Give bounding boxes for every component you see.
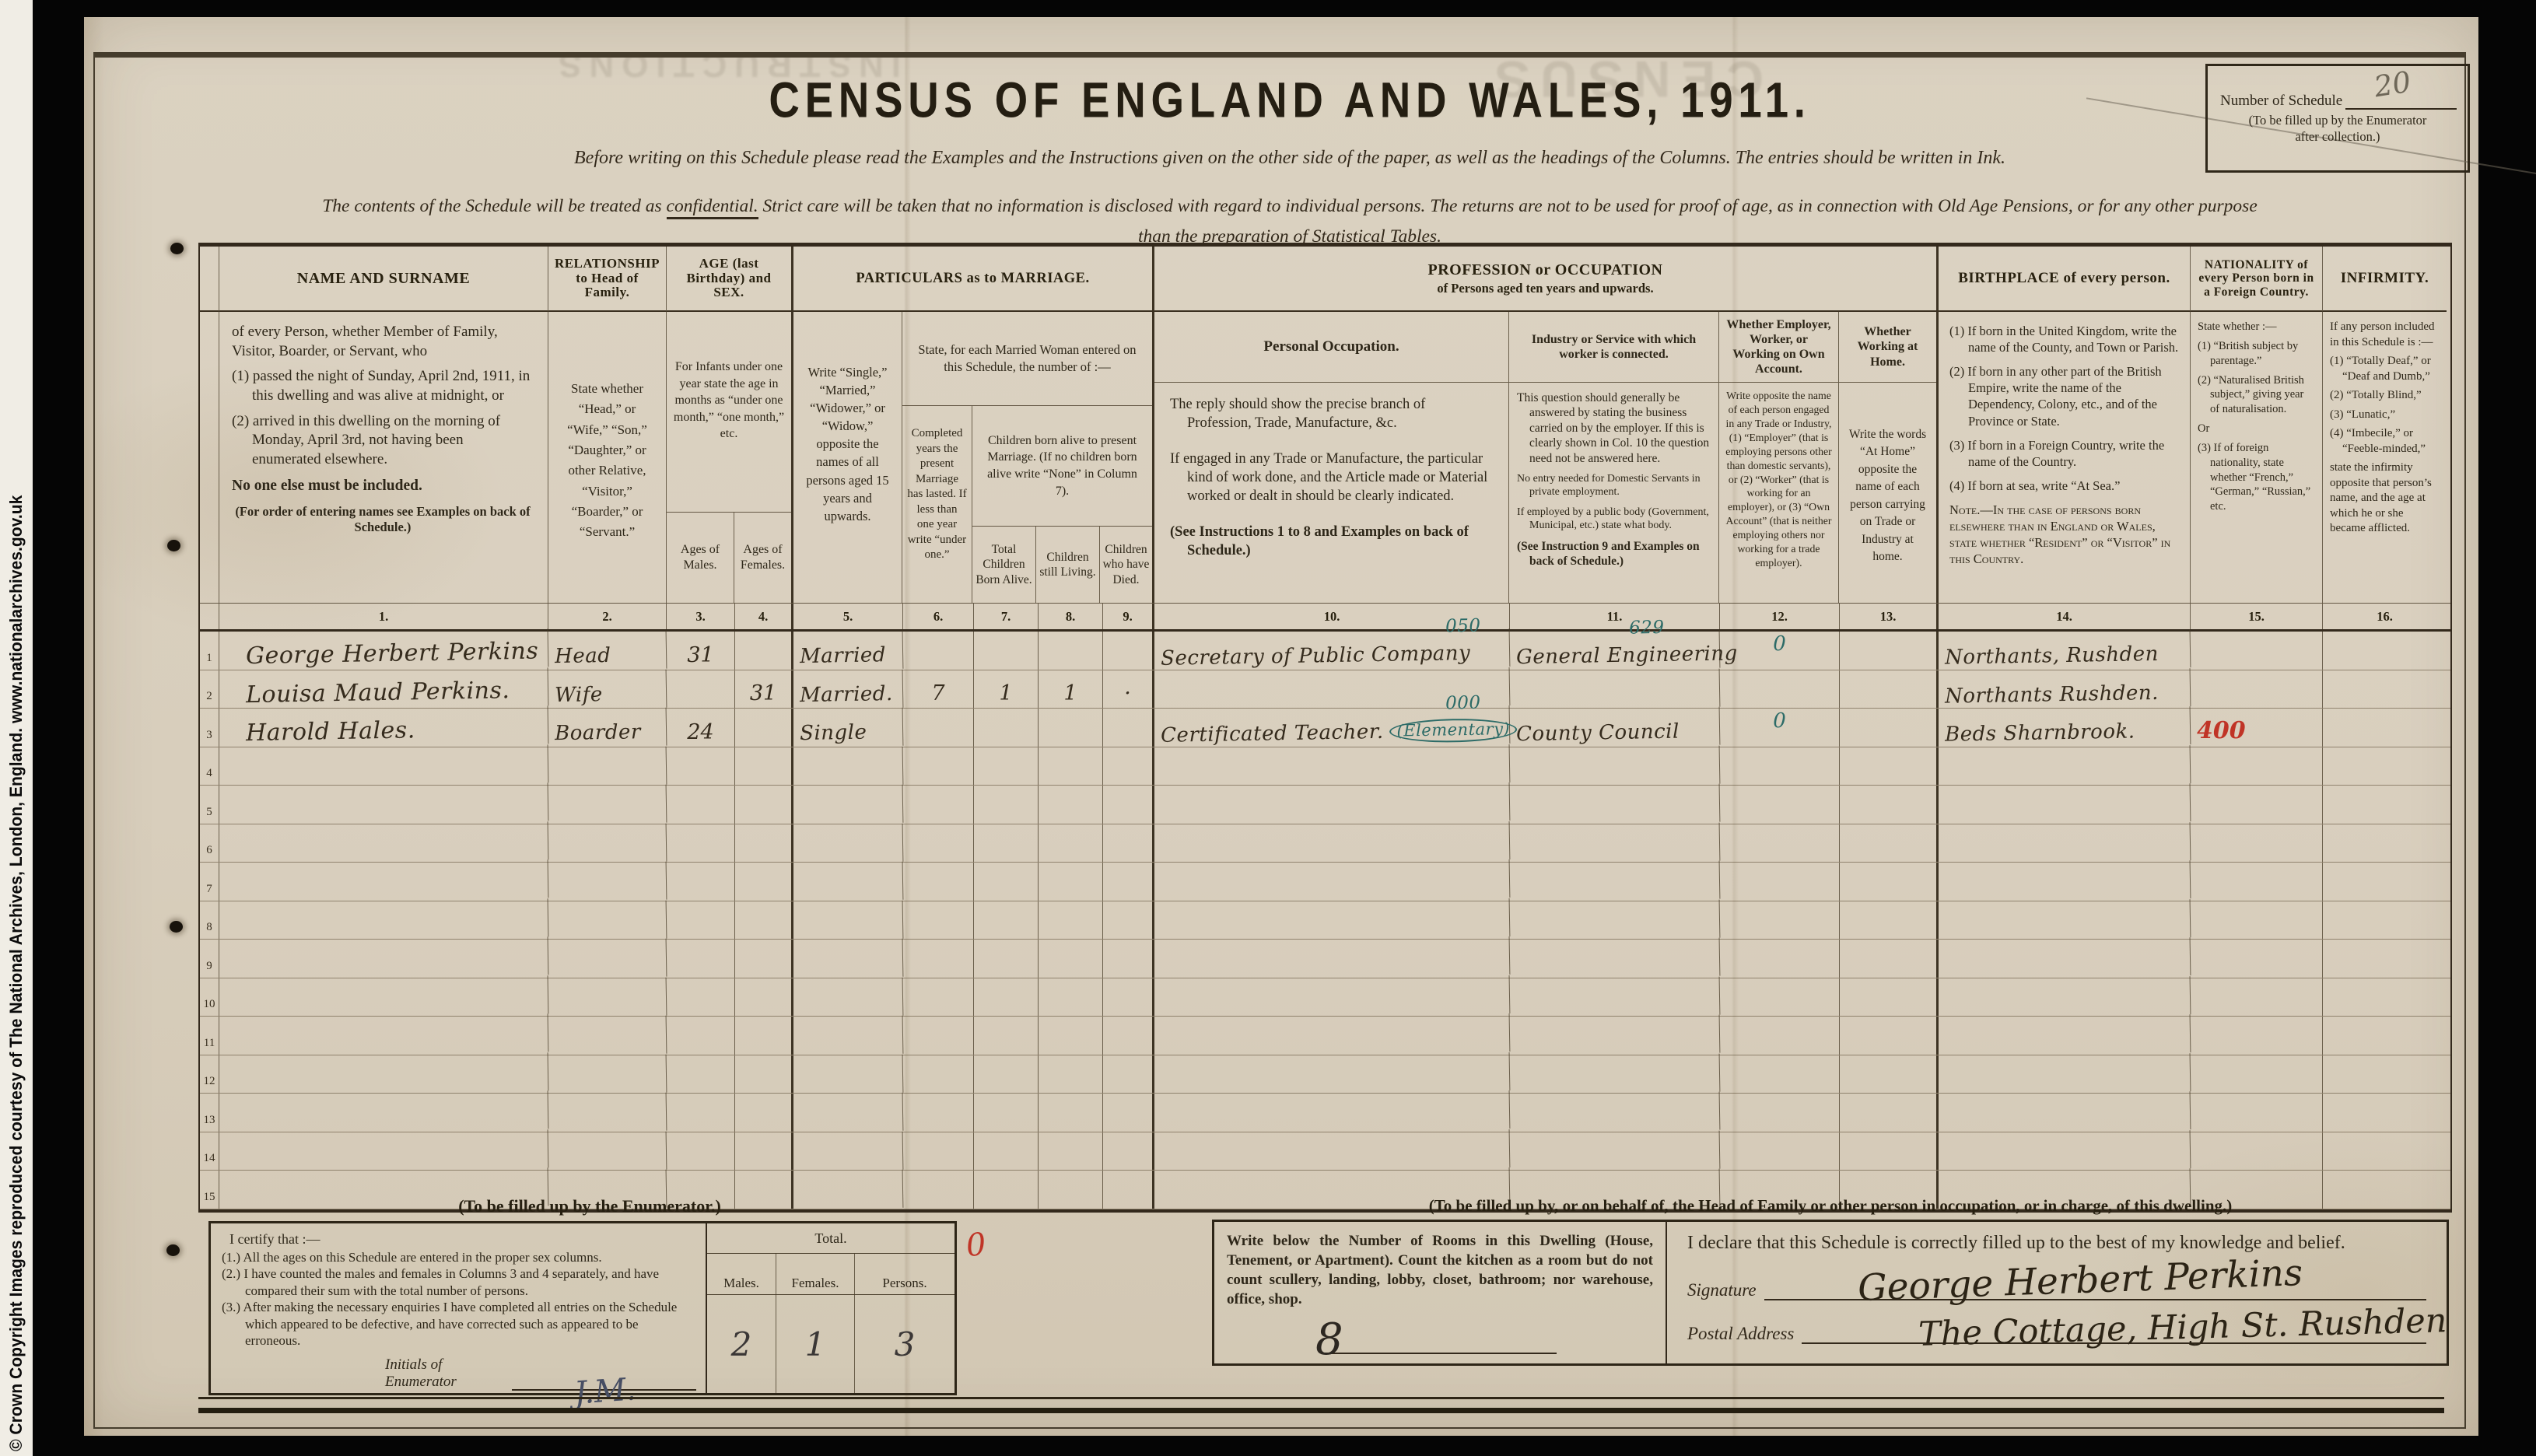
industry-cell	[1510, 861, 1721, 902]
column-number: 3.	[667, 604, 735, 629]
age-females-cell	[735, 1017, 793, 1055]
col-header-name: NAME AND SURNAME	[219, 247, 548, 312]
column-number: 16.	[2323, 604, 2447, 629]
children-living-cell	[1039, 940, 1103, 978]
nationality-cell	[2191, 786, 2323, 824]
table-body: 1 George Herbert Perkins Head 31 Married…	[200, 632, 2450, 1209]
married-woman-band: State, for each Married Woman entered on…	[902, 312, 1152, 406]
occupation-cell	[1154, 1052, 1511, 1096]
employer-worker-column: Whether Employer, Worker, or Working on …	[1719, 312, 1839, 603]
ages-females-label: Ages of Females.	[734, 513, 791, 603]
infirmity-cell	[2323, 901, 2447, 940]
initials-label: Initials of Enumerator	[385, 1356, 506, 1391]
punch-hole	[170, 243, 184, 254]
employer-worker-cell	[1720, 940, 1840, 978]
children-living-cell	[1039, 863, 1103, 901]
column-number: 7.	[974, 604, 1039, 629]
marriage-cell	[793, 1054, 904, 1094]
row-number: 8	[200, 901, 219, 940]
children-died-cell	[1103, 632, 1154, 670]
marriage-years-cell	[903, 1132, 974, 1171]
marriage-cell	[793, 1016, 904, 1055]
row-number: 4	[200, 747, 219, 786]
census-1911-scan: { "strip": { "copyright": "© Crown Copyr…	[0, 0, 2536, 1456]
row-number: 15	[200, 1171, 219, 1209]
table-row: 5	[200, 786, 2450, 824]
children-died-cell	[1103, 1171, 1154, 1209]
children-living-cell	[1039, 632, 1103, 670]
children-born-cell	[974, 786, 1039, 824]
enumerator-heading: (To be filled up by the Enumerator.)	[317, 1196, 862, 1216]
declaration-section: I declare that this Schedule is correctl…	[1667, 1222, 2447, 1363]
age-females-cell	[735, 747, 793, 786]
table-row: 11	[200, 1017, 2450, 1055]
nationality-cell	[2191, 632, 2323, 670]
children-died-cell	[1103, 747, 1154, 786]
relationship-cell	[548, 785, 667, 824]
row-number: 11	[200, 1017, 219, 1055]
at-home-cell	[1840, 1132, 1939, 1171]
rooms-line	[1323, 1353, 1557, 1354]
birthplace-cell: Northants Rushden.	[1939, 668, 2191, 710]
name-cell	[219, 782, 549, 826]
age-males-cell	[667, 1132, 735, 1171]
children-died-cell	[1103, 1055, 1154, 1094]
employer-worker-cell	[1720, 978, 1840, 1017]
occupation-cell	[1154, 782, 1511, 826]
schedule-number-label: Number of Schedule	[2220, 93, 2342, 110]
bottom-rule	[198, 1397, 2444, 1413]
marriage-cell: Married.	[793, 669, 904, 709]
males-label: Males.	[707, 1254, 776, 1294]
age-males-cell	[667, 978, 735, 1017]
personal-occupation-column: Personal Occupation. The reply should sh…	[1154, 312, 1509, 603]
children-living-cell	[1039, 1171, 1103, 1209]
relationship-column-description: State whether “Head,” or “Wife,” “Son,” …	[548, 312, 667, 603]
household-heading: (To be filled up by, or on behalf of, th…	[1235, 1196, 2426, 1216]
gutter	[200, 312, 219, 603]
industry-cell	[1510, 784, 1721, 825]
age-females-cell	[735, 863, 793, 901]
relationship-cell	[548, 1131, 667, 1171]
nationality-cell	[2191, 1017, 2323, 1055]
age-males-cell	[667, 747, 735, 786]
nationality-cell	[2191, 824, 2323, 863]
occupation-code: 000	[1445, 693, 1481, 714]
children-born-cell	[974, 1055, 1039, 1094]
col-header-nationality: NATIONALITY of every Person born in a Fo…	[2191, 247, 2323, 312]
signature-line: George Herbert Perkins	[1764, 1297, 2426, 1300]
census-form-paper: INSTRUCTIONS CENSUS CENSUS OF ENGLAND AN…	[84, 17, 2478, 1436]
schedule-number-box: Number of Schedule 20 (To be filled up b…	[2205, 64, 2470, 173]
occupation-text: Secretary of Public Company	[1161, 641, 1471, 670]
rooms-section: Write below the Number of Rooms in this …	[1214, 1222, 1667, 1363]
industry-text: General Engineering	[1516, 642, 1738, 669]
rooms-value: 8	[1315, 1314, 1343, 1365]
column-number: 13.	[1840, 604, 1939, 629]
row-number: 12	[200, 1055, 219, 1094]
name-cell	[219, 1090, 549, 1134]
name-cell: Harold Hales.	[219, 705, 549, 749]
infirmity-cell	[2323, 1094, 2447, 1132]
birthplace-cell	[1939, 1014, 2191, 1056]
industry-cell	[1510, 1053, 1721, 1094]
females-label: Females.	[776, 1254, 855, 1294]
marriage-years-cell	[903, 824, 974, 863]
at-home-cell	[1840, 940, 1939, 978]
birthplace-cell	[1939, 783, 2191, 825]
children-died-cell	[1103, 1094, 1154, 1132]
col-header-profession: PROFESSION or OCCUPATION of Persons aged…	[1154, 247, 1939, 312]
column-number: 12.	[1720, 604, 1840, 629]
children-died-cell: ·	[1103, 670, 1154, 709]
marriage-years-description: Completed years the present Marriage has…	[902, 406, 972, 603]
industry-cell: County Council	[1510, 707, 1721, 748]
children-died-cell	[1103, 901, 1154, 940]
birthplace-cell	[1939, 822, 2191, 864]
name-cell	[219, 1052, 549, 1096]
children-died-cell	[1103, 824, 1154, 863]
children-living-cell	[1039, 1132, 1103, 1171]
column-number: 6.	[903, 604, 974, 629]
relationship-cell	[548, 862, 667, 901]
birthplace-cell	[1939, 745, 2191, 787]
birthplace-cell: Beds Sharnbrook.	[1939, 706, 2191, 748]
postal-address-label: Postal Address	[1687, 1324, 1794, 1344]
marriage-cell	[793, 1093, 904, 1132]
occupation-cell	[1154, 936, 1511, 980]
punch-hole	[166, 1244, 180, 1256]
children-born-cell	[974, 747, 1039, 786]
age-column-description: For Infants under one year state the age…	[667, 312, 793, 603]
confidential-post: Strict care will be taken that no inform…	[758, 196, 2258, 216]
males-value: 2	[707, 1295, 776, 1393]
relationship-cell	[548, 746, 667, 786]
occupation-cell: Certificated Teacher. (Elementary) 000	[1154, 705, 1511, 749]
relationship-cell: Head	[548, 631, 667, 670]
age-females-cell	[735, 1094, 793, 1132]
age-females-cell	[735, 978, 793, 1017]
industry-cell	[1510, 668, 1721, 709]
nationality-cell	[2191, 1132, 2323, 1171]
at-home-cell	[1840, 709, 1939, 747]
marriage-cell	[793, 977, 904, 1017]
copyright-text: © Crown Copyright Images reproduced cour…	[6, 495, 26, 1451]
name-cell	[219, 1129, 549, 1173]
name-column-description: of every Person, whether Member of Famil…	[219, 312, 548, 603]
col-header-relationship: RELATIONSHIP to Head of Family.	[548, 247, 667, 312]
marriage-cell	[793, 862, 904, 901]
name-cell: Louisa Maud Perkins.	[219, 667, 549, 711]
marriage-cell	[793, 900, 904, 940]
age-males-cell	[667, 786, 735, 824]
row-number: 10	[200, 978, 219, 1017]
occupation-cell	[1154, 1129, 1511, 1173]
col-header-age: AGE (last Birthday) and SEX.	[667, 247, 793, 312]
column-number: 4.	[735, 604, 793, 629]
column-number: 2.	[548, 604, 667, 629]
col-header-infirmity: INFIRMITY.	[2323, 247, 2447, 312]
employer-worker-cell	[1720, 786, 1840, 824]
birthplace-cell	[1939, 1130, 2191, 1172]
red-check-mark: 0	[965, 1227, 988, 1264]
marriage-state-description: Write “Single,” “Married,” “Widower,” or…	[793, 312, 902, 603]
employer-worker-cell	[1720, 1055, 1840, 1094]
name-cell	[219, 859, 549, 903]
marriage-cell: Married	[793, 631, 904, 670]
industry-cell	[1510, 1015, 1721, 1056]
children-living-cell	[1039, 824, 1103, 863]
marriage-cell	[793, 823, 904, 863]
row-number: 14	[200, 1132, 219, 1171]
name-cell	[219, 821, 549, 865]
marriage-years-cell: 7	[903, 670, 974, 709]
name-cell: George Herbert Perkins	[219, 628, 549, 672]
industry-cell	[1510, 938, 1721, 979]
age-males-cell	[667, 940, 735, 978]
marriage-years-cell	[903, 940, 974, 978]
column-number: 9.	[1103, 604, 1154, 629]
at-home-cell	[1840, 1017, 1939, 1055]
column-number: 15.	[2191, 604, 2323, 629]
children-born-label: Total Children Born Alive.	[972, 527, 1036, 603]
nationality-cell	[2191, 1055, 2323, 1094]
children-born-cell	[974, 901, 1039, 940]
marriage-years-cell	[903, 1055, 974, 1094]
ages-males-label: Ages of Males.	[667, 513, 734, 603]
profession-group-description: Personal Occupation. The reply should sh…	[1154, 312, 1939, 603]
age-females-cell: 31	[735, 670, 793, 709]
table-row: 6	[200, 824, 2450, 863]
nationality-cell	[2191, 670, 2323, 709]
infirmity-cell	[2323, 824, 2447, 863]
employer-worker-cell	[1720, 670, 1840, 709]
column-number: 5.	[793, 604, 903, 629]
relationship-cell	[548, 823, 667, 863]
column-number: 14.	[1939, 604, 2191, 629]
at-home-cell	[1840, 863, 1939, 901]
marriage-cell	[793, 939, 904, 978]
relationship-cell: Wife	[548, 669, 667, 709]
name-cell	[219, 975, 549, 1019]
children-died-cell	[1103, 786, 1154, 824]
employer-worker-cell	[1720, 1094, 1840, 1132]
initials-line: J.M.	[512, 1389, 696, 1391]
marriage-years-cell	[903, 1171, 974, 1209]
females-value: 1	[776, 1295, 855, 1393]
age-females-cell	[735, 786, 793, 824]
at-home-cell	[1840, 978, 1939, 1017]
census-table: NAME AND SURNAME RELATIONSHIP to Head of…	[198, 243, 2452, 1213]
age-males-cell	[667, 863, 735, 901]
row-number: 3	[200, 709, 219, 747]
persons-label: Persons.	[855, 1254, 955, 1294]
relationship-cell	[548, 1016, 667, 1055]
instruction-line: Before writing on this Schedule please r…	[333, 148, 2247, 169]
row-number: 13	[200, 1094, 219, 1132]
column-number: 11.	[1510, 604, 1720, 629]
name-cell	[219, 898, 549, 942]
nationality-cell	[2191, 940, 2323, 978]
marriage-group-description: Write “Single,” “Married,” “Widower,” or…	[793, 312, 1154, 603]
column-number: 8.	[1039, 604, 1103, 629]
children-died-cell	[1103, 709, 1154, 747]
birthplace-cell	[1939, 937, 2191, 979]
row-number: 1	[200, 632, 219, 670]
signature-value: George Herbert Perkins	[1857, 1251, 2303, 1310]
children-died-cell	[1103, 1017, 1154, 1055]
relationship-cell	[548, 1054, 667, 1094]
children-living-label: Children still Living.	[1036, 527, 1100, 603]
marriage-cell	[793, 746, 904, 786]
working-at-home-column: Whether Working at Home. Write the words…	[1839, 312, 1936, 603]
col-header-birthplace: BIRTHPLACE of every person.	[1939, 247, 2191, 312]
age-females-cell	[735, 1055, 793, 1094]
marriage-years-cell	[903, 1017, 974, 1055]
at-home-cell	[1840, 824, 1939, 863]
postal-address-value: The Cottage, High St. Rushden	[1918, 1301, 2448, 1354]
nationality-cell: 400	[2191, 709, 2323, 747]
industry-cell	[1510, 899, 1721, 940]
punch-hole	[167, 540, 180, 551]
infirmity-cell	[2323, 786, 2447, 824]
gutter-header	[200, 247, 219, 312]
table-row: 13	[200, 1094, 2450, 1132]
birthplace-cell	[1939, 976, 2191, 1018]
children-died-label: Children who have Died.	[1100, 527, 1152, 603]
age-males-cell: 24	[667, 709, 735, 747]
header-band-row: NAME AND SURNAME RELATIONSHIP to Head of…	[200, 247, 2450, 312]
industry-cell	[1510, 1130, 1721, 1171]
industry-cell	[1510, 745, 1721, 786]
birthplace-cell	[1939, 1053, 2191, 1095]
occupation-text: Certificated Teacher.	[1161, 719, 1384, 747]
row-number: 7	[200, 863, 219, 901]
children-living-cell	[1039, 709, 1103, 747]
children-living-cell	[1039, 1017, 1103, 1055]
employer-worker-cell: 0	[1720, 709, 1840, 747]
enumerator-box: I certify that :— (1.) All the ages on t…	[208, 1221, 957, 1395]
marriage-years-cell	[903, 1094, 974, 1132]
infirmity-column-description: If any person included in this Schedule …	[2323, 312, 2447, 603]
birthplace-cell	[1939, 860, 2191, 902]
children-born-cell	[974, 1094, 1039, 1132]
infirmity-cell	[2323, 863, 2447, 901]
industry-cell	[1510, 822, 1721, 863]
row-number: 9	[200, 940, 219, 978]
industry-text: County Council	[1516, 719, 1680, 746]
relationship-cell	[548, 900, 667, 940]
table-row: 2 Louisa Maud Perkins. Wife 31 Married. …	[200, 670, 2450, 709]
declaration-text: I declare that this Schedule is correctl…	[1687, 1233, 2426, 1254]
birthplace-cell: Northants, Rushden	[1939, 629, 2191, 671]
employer-worker-cell	[1720, 824, 1840, 863]
infirmity-cell	[2323, 709, 2447, 747]
marriage-cell	[793, 785, 904, 824]
children-born-cell	[974, 632, 1039, 670]
children-living-cell	[1039, 901, 1103, 940]
relationship-cell	[548, 1093, 667, 1132]
industry-cell: General Engineering 629	[1510, 630, 1721, 671]
nationality-cell	[2191, 901, 2323, 940]
postal-address-line: The Cottage, High St. Rushden	[1802, 1341, 2426, 1344]
children-born-cell	[974, 709, 1039, 747]
schedule-note: after collection.)	[2208, 129, 2468, 145]
at-home-cell	[1840, 786, 1939, 824]
industry-cell	[1510, 976, 1721, 1017]
table-row: 10	[200, 978, 2450, 1017]
employer-worker-cell	[1720, 901, 1840, 940]
column-number: 1.	[219, 604, 548, 629]
marriage-years-cell	[903, 709, 974, 747]
marriage-cell	[793, 1131, 904, 1171]
occupation-cell	[1154, 1090, 1511, 1134]
table-row: 12	[200, 1055, 2450, 1094]
occupation-cell	[1154, 1013, 1511, 1057]
infirmity-cell	[2323, 1017, 2447, 1055]
children-born-cell	[974, 940, 1039, 978]
schedule-number-line	[2345, 107, 2457, 110]
copyright-strip: © Crown Copyright Images reproduced cour…	[0, 0, 33, 1456]
signature-label: Signature	[1687, 1280, 1757, 1300]
infirmity-cell	[2323, 1055, 2447, 1094]
confidential-word: confidential.	[667, 196, 758, 219]
page-title: CENSUS OF ENGLAND AND WALES, 1911.	[454, 72, 2126, 129]
age-males-cell: 31	[667, 632, 735, 670]
children-living-cell	[1039, 747, 1103, 786]
at-home-cell	[1840, 632, 1939, 670]
household-box: Write below the Number of Rooms in this …	[1212, 1220, 2449, 1366]
age-males-cell	[667, 901, 735, 940]
marriage-years-cell	[903, 863, 974, 901]
age-males-cell	[667, 1094, 735, 1132]
nationality-cell	[2191, 747, 2323, 786]
age-males-cell	[667, 1055, 735, 1094]
occupation-code: 050	[1445, 616, 1481, 637]
at-home-cell	[1840, 670, 1939, 709]
infirmity-cell	[2323, 940, 2447, 978]
column-numbers-row: 1. 2. 3. 4. 5. 6. 7. 8. 9. 10. 11. 12. 1…	[200, 603, 2450, 632]
age-females-cell	[735, 632, 793, 670]
schedule-number-value: 20	[2372, 65, 2413, 104]
relationship-cell	[548, 977, 667, 1017]
occupation-cell: Secretary of Public Company 050	[1154, 628, 1511, 672]
infirmity-cell	[2323, 1132, 2447, 1171]
marriage-years-cell	[903, 632, 974, 670]
totals-table: Total. Males. Females. Persons. 2 1 3	[706, 1223, 955, 1393]
header-description-row: of every Person, whether Member of Famil…	[200, 312, 2450, 603]
industry-cell	[1510, 1092, 1721, 1133]
infirmity-cell	[2323, 632, 2447, 670]
row-number: 2	[200, 670, 219, 709]
age-females-cell	[735, 940, 793, 978]
row-number: 5	[200, 786, 219, 824]
at-home-cell	[1840, 1094, 1939, 1132]
marriage-years-cell	[903, 978, 974, 1017]
table-row: 7	[200, 863, 2450, 901]
total-label: Total.	[707, 1223, 955, 1254]
marriage-cell: Single	[793, 708, 904, 747]
enumerator-certification: I certify that :— (1.) All the ages on t…	[211, 1223, 706, 1393]
punch-hole	[170, 921, 183, 933]
children-died-cell	[1103, 1132, 1154, 1171]
table-row: 14	[200, 1132, 2450, 1171]
children-born-cell	[974, 1171, 1039, 1209]
employer-worker-cell	[1720, 747, 1840, 786]
relationship-cell	[548, 939, 667, 978]
col-header-marriage: PARTICULARS as to MARRIAGE.	[793, 247, 1154, 312]
age-females-cell	[735, 1132, 793, 1171]
